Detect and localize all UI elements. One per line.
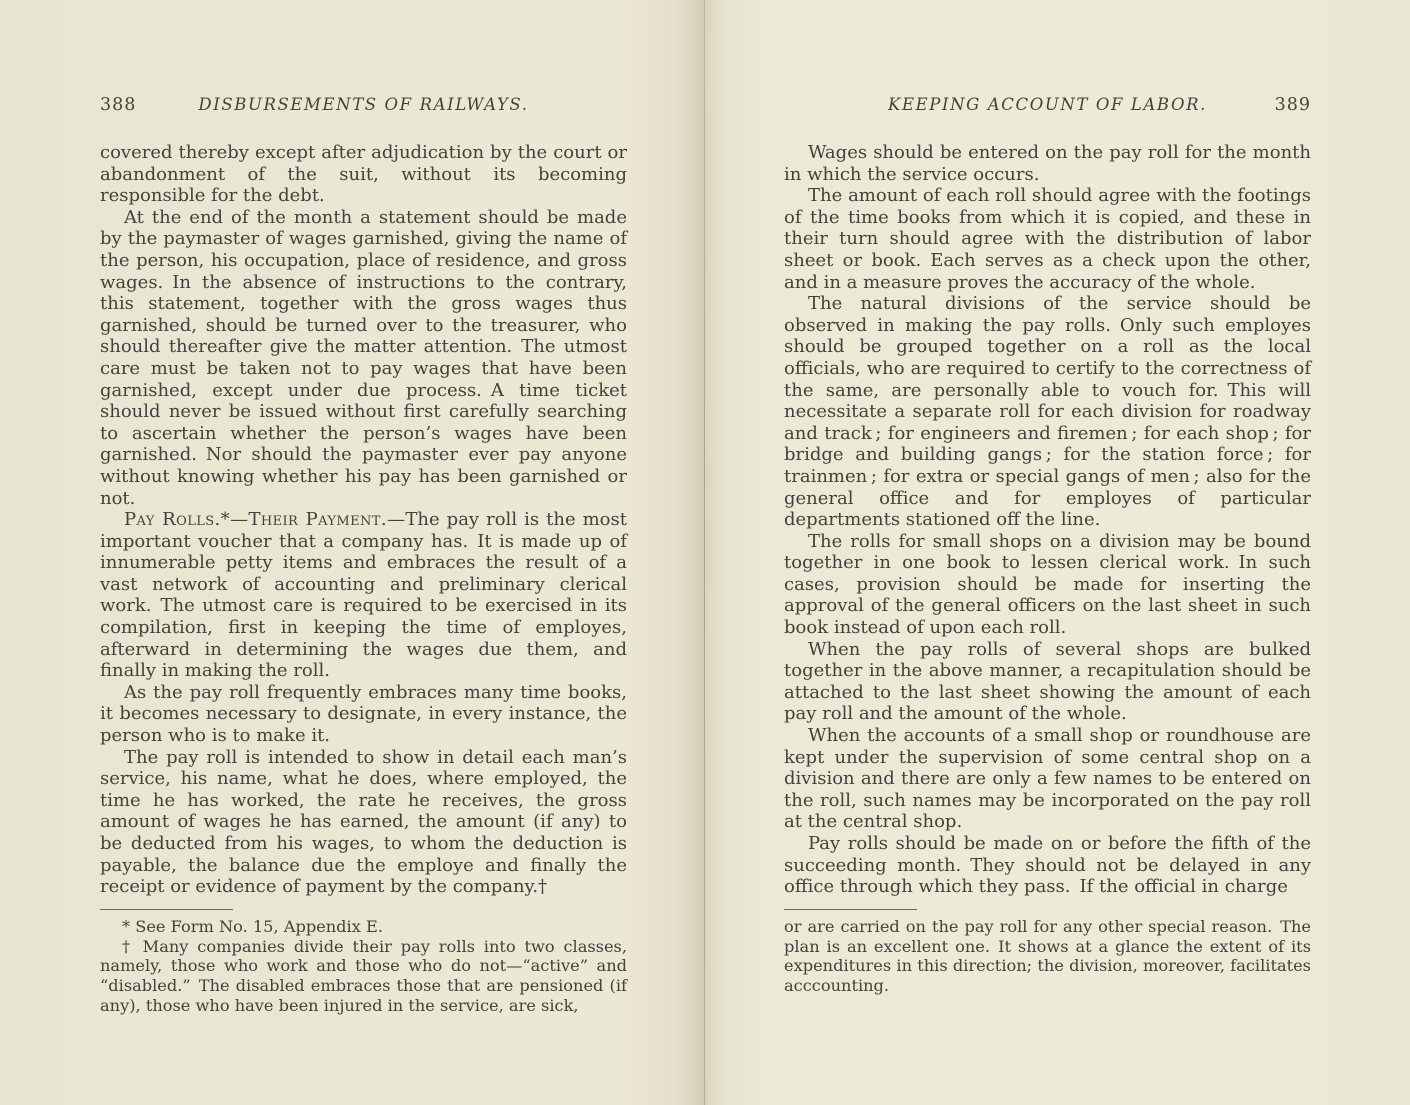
paragraph: The natural divisions of the service sho… [784,293,1311,531]
paragraph: The pay roll is intended to show in deta… [100,747,627,898]
left-page: 388 DISBURSEMENTS OF RAILWAYS. covered t… [0,0,705,1105]
left-footnotes: * See Form No. 15, Appendix E. † Many co… [100,909,627,1016]
paragraph: The amount of each roll should agree wit… [784,185,1311,293]
paragraph: covered thereby except after adjudicatio… [100,142,627,207]
left-body-text: covered thereby except after adjudicatio… [100,142,627,898]
footnote: † Many companies divide their pay rolls … [100,937,627,1016]
paragraph: The rolls for small shops on a division … [784,531,1311,639]
left-running-title: DISBURSEMENTS OF RAILWAYS. [198,95,528,114]
paragraph: When the accounts of a small shop or rou… [784,725,1311,833]
paragraph: Pay rolls should be made on or before th… [784,833,1311,898]
right-footnotes: or are carried on the pay roll for any o… [784,909,1311,996]
right-page-number: 389 [1275,95,1311,115]
paragraph: As the pay roll frequently embraces many… [100,682,627,747]
paragraph: Wages should be entered on the pay roll … [784,142,1311,185]
section-heading-pay-rolls: Pay Rolls.*—Their Payment.— [124,509,405,530]
right-running-header: KEEPING ACCOUNT OF LABOR. 389 [784,95,1311,117]
footnote: * See Form No. 15, Appendix E. [100,917,627,937]
footnote-rule [100,909,233,910]
paragraph-text: The pay roll is the most important vouch… [100,509,627,681]
right-running-title: KEEPING ACCOUNT OF LABOR. [888,95,1207,114]
right-body-text: Wages should be entered on the pay roll … [784,142,1311,898]
book-spread: 388 DISBURSEMENTS OF RAILWAYS. covered t… [0,0,1410,1105]
footnote-continuation: or are carried on the pay roll for any o… [784,917,1311,996]
paragraph: When the pay rolls of several shops are … [784,639,1311,725]
right-text-column: KEEPING ACCOUNT OF LABOR. 389 Wages shou… [784,95,1311,996]
footnote-rule [784,909,917,910]
right-page: KEEPING ACCOUNT OF LABOR. 389 Wages shou… [705,0,1410,1105]
left-text-column: 388 DISBURSEMENTS OF RAILWAYS. covered t… [100,95,627,1016]
left-page-number: 388 [100,95,136,115]
left-running-header: 388 DISBURSEMENTS OF RAILWAYS. [100,95,627,117]
paragraph: Pay Rolls.*—Their Payment.—The pay roll … [100,509,627,682]
paragraph: At the end of the month a statement shou… [100,207,627,509]
